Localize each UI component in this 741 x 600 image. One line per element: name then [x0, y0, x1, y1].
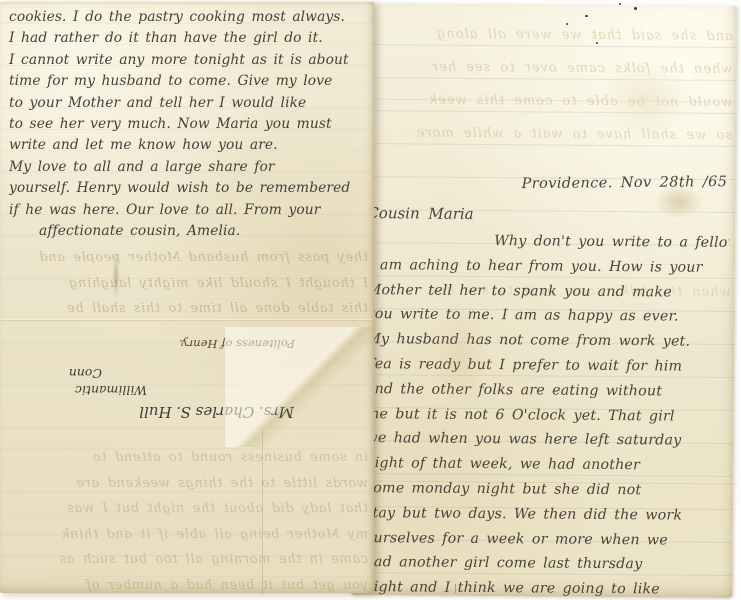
letter-line: had another girl come last thursday [365, 550, 727, 578]
letter-line: stay but two days. We then did the work [365, 501, 727, 529]
letter-line: time for my husband to come. Give my lov… [9, 71, 370, 92]
ink-smudge [112, 242, 120, 310]
letter-line: we had when you was here left saturday [365, 426, 727, 454]
letter-page-right: and she said that we were all along when… [351, 3, 737, 598]
addressee-name: Mrs. Charles S. Hull [58, 402, 294, 422]
ink-speck [455, 584, 456, 593]
letter-line: you write to me. I am as happy as ever. [366, 302, 728, 330]
bleedthrough-text: and she said that we were all along when… [361, 17, 733, 152]
letter-line: cookies. I do the pastry cooking most al… [9, 7, 370, 28]
letter-line: come monday night but she did not [365, 476, 727, 504]
letter-body-right: Why don't you write to a fellow I am ach… [364, 228, 729, 600]
bleedthrough-text: they pass from husband Mother people and… [4, 245, 368, 322]
salutation: Cousin Maria [367, 204, 473, 223]
letter-line: I am aching to hear from you. How is you… [367, 253, 729, 281]
signature-line: affectionate cousin, Amelia. [9, 221, 370, 242]
letter-body-left: cookies. I do the pastry cooking most al… [9, 7, 370, 242]
letter-line: I had rather do it than have the girl do… [9, 28, 370, 49]
letter-line: me but it is not 6 O'clock yet. That gir… [366, 402, 728, 430]
letter-line: yourself. Henry would wish to be remembe… [9, 178, 370, 199]
letter-line: Mother tell her to spank you and make [367, 278, 729, 306]
carrier-note: Politeness of Henry. [58, 337, 295, 351]
letter-scan: and she said that we were all along when… [0, 0, 741, 600]
addressee-state: Conn [58, 366, 102, 380]
letter-line: My husband has not come from work yet. [366, 327, 728, 355]
letter-line: Tea is ready but I prefer to wait for hi… [366, 352, 728, 380]
letter-line: night and I think we are going to like [364, 575, 726, 600]
bleedthrough-text: in some business round to attend to word… [4, 445, 368, 598]
letter-line: Why don't you write to a fellow [367, 228, 729, 256]
dateline: Providence. Nov 28th /65 [522, 174, 728, 192]
address-block-rotated: Mrs. Charles S. Hull Willimantic Conn Po… [58, 324, 300, 442]
ink-speck [596, 42, 598, 44]
letter-line: ourselves for a week or more when we [365, 526, 727, 554]
letter-line: if he was here. Our love to all. From yo… [9, 200, 370, 221]
letter-line: night of that week, we had another [365, 451, 727, 479]
ink-speck [585, 15, 588, 17]
letter-line: My love to all and a large share for [9, 157, 370, 178]
ink-speck [634, 7, 637, 10]
letter-line: write and let me know how you are. [9, 135, 370, 156]
ink-speck [619, 3, 621, 5]
letter-page-left: cookies. I do the pastry cooking most al… [0, 2, 374, 593]
ink-speck [566, 23, 568, 25]
letter-line: I cannot write any more tonight as it is… [9, 50, 370, 71]
letter-line: to your Mother and tell her I would like [9, 93, 370, 114]
letter-line: to see her very much. Now Maria you must [9, 114, 370, 135]
letter-line: and the other folks are eating without [366, 377, 728, 405]
addressee-city: Willimantic [58, 382, 147, 398]
